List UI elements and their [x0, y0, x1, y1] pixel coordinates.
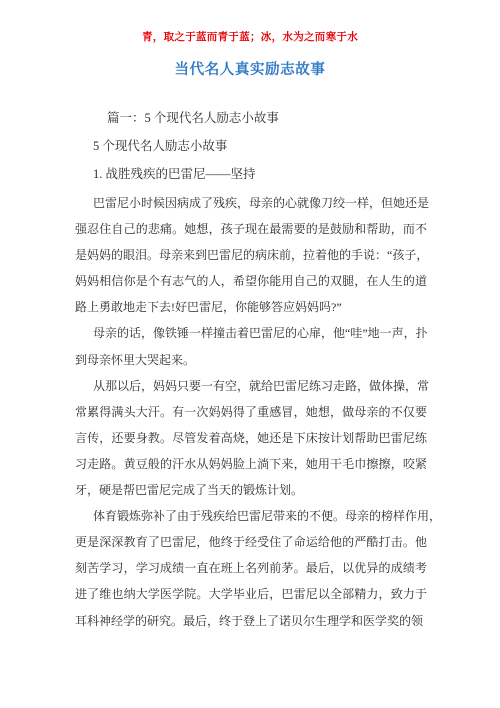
- text-line: 母亲的话，像铁锤一样撞击着巴雷尼的心扉，他“哇”地一声，扑: [75, 320, 427, 346]
- text-line: 从那以后，妈妈只要一有空，就给巴雷尼练习走路，做体操，常: [75, 373, 427, 399]
- article-subtitle: 5 个现代名人励志小故事: [75, 132, 427, 160]
- document-page: 青，取之于蓝而青于蓝；冰，水为之而寒于水 当代名人真实励志故事 篇一：5 个现代…: [0, 0, 500, 708]
- paragraph: 母亲的话，像铁锤一样撞击着巴雷尼的心扉，他“哇”地一声，扑到母亲怀里大哭起来。: [75, 320, 427, 372]
- page-title: 当代名人真实励志故事: [0, 58, 500, 79]
- story-heading: 1. 战胜残疾的巴雷尼——坚持: [75, 160, 427, 188]
- text-line: 言传，还要身教。尽管发着高烧，她还是下床按计划帮助巴雷尼练: [75, 425, 427, 451]
- text-line: 刻苦学习，学习成绩一直在班上名列前茅。最后，以优异的成绩考: [75, 555, 427, 581]
- text-line: 体育锻炼弥补了由于残疾给巴雷尼带来的不便。母亲的榜样作用，: [75, 503, 427, 529]
- text-line: 强忍住自己的悲痛。她想，孩子现在最需要的是鼓励和帮助，而不: [75, 216, 427, 242]
- paragraph: 从那以后，妈妈只要一有空，就给巴雷尼练习走路，做体操，常常累得满头大汗。有一次妈…: [75, 373, 427, 503]
- text-line: 是妈妈的眼泪。母亲来到巴雷尼的病床前，拉着他的手说：“孩子，: [75, 242, 427, 268]
- section-label: 篇一：5 个现代名人励志小故事: [75, 104, 427, 132]
- text-line: 常累得满头大汗。有一次妈妈得了重感冒，她想，做母亲的不仅要: [75, 399, 427, 425]
- text-line: 进了维也纳大学医学院。大学毕业后，巴雷尼以全部精力，致力于: [75, 581, 427, 607]
- article-body: 篇一：5 个现代名人励志小故事 5 个现代名人励志小故事 1. 战胜残疾的巴雷尼…: [75, 104, 427, 634]
- text-line: 习走路。黄豆般的汗水从妈妈脸上淌下来，她用干毛巾擦擦，咬紧: [75, 451, 427, 477]
- text-line: 到母亲怀里大哭起来。: [75, 347, 427, 373]
- text-line: 更是深深教育了巴雷尼，他终于经受住了命运给他的严酷打击。他: [75, 529, 427, 555]
- header-motto: 青，取之于蓝而青于蓝；冰，水为之而寒于水: [0, 29, 500, 44]
- text-line: 耳科神经学的研究。最后，终于登上了诺贝尔生理学和医学奖的领: [75, 608, 427, 634]
- text-line: 路上勇敢地走下去!好巴雷尼，你能够答应妈妈吗?”: [75, 294, 427, 320]
- text-line: 巴雷尼小时候因病成了残疾，母亲的心就像刀绞一样，但她还是: [75, 190, 427, 216]
- paragraph-list: 巴雷尼小时候因病成了残疾，母亲的心就像刀绞一样，但她还是强忍住自己的悲痛。她想，…: [75, 190, 427, 634]
- paragraph: 巴雷尼小时候因病成了残疾，母亲的心就像刀绞一样，但她还是强忍住自己的悲痛。她想，…: [75, 190, 427, 320]
- text-line: 妈妈相信你是个有志气的人，希望你能用自己的双腿，在人生的道: [75, 268, 427, 294]
- paragraph: 体育锻炼弥补了由于残疾给巴雷尼带来的不便。母亲的榜样作用，更是深深教育了巴雷尼，…: [75, 503, 427, 633]
- text-line: 牙，硬是帮巴雷尼完成了当天的锻炼计划。: [75, 477, 427, 503]
